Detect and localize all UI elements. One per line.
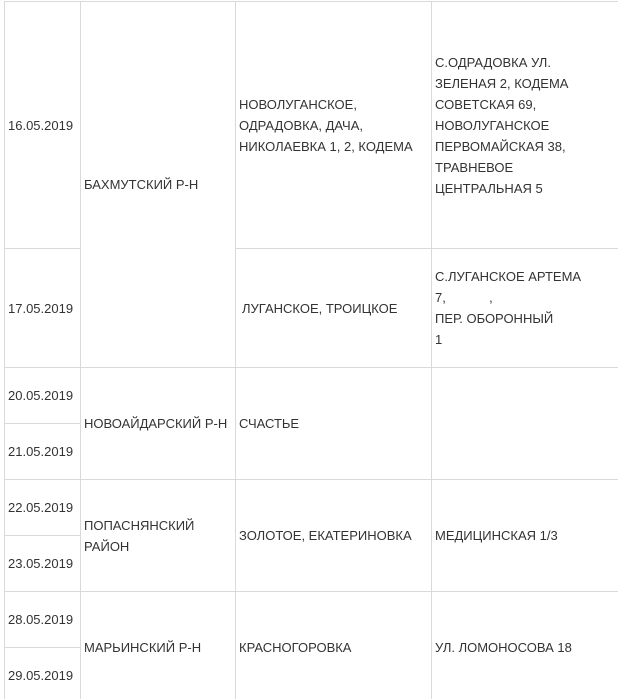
table-row: 20.05.2019 НОВОАЙДАРСКИЙ Р-Н СЧАСТЬЕ — [5, 368, 618, 424]
address-line: 1 — [435, 329, 618, 350]
address-cell: С.ЛУГАНСКОЕ АРТЕМА 7, , ПЕР. ОБОРОННЫЙ 1 — [432, 249, 618, 368]
date-cell: 23.05.2019 — [5, 536, 81, 592]
address-line: ПЕРВОМАЙСКАЯ 38, — [435, 136, 618, 157]
table-row: 28.05.2019 МАРЬИНСКИЙ Р-Н КРАСНОГОРОВКА … — [5, 592, 618, 648]
address-line: ПЕР. ОБОРОННЫЙ — [435, 308, 618, 329]
address-cell: МЕДИЦИНСКАЯ 1/3 — [432, 480, 618, 592]
settlements-cell: ЗОЛОТОЕ, ЕКАТЕРИНОВКА — [236, 480, 432, 592]
date-cell: 29.05.2019 — [5, 648, 81, 699]
table-row: 22.05.2019 ПОПАСНЯНСКИЙ РАЙОН ЗОЛОТОЕ, Е… — [5, 480, 618, 536]
date-cell: 22.05.2019 — [5, 480, 81, 536]
schedule-table: 16.05.2019 БАХМУТСКИЙ Р-Н НОВОЛУГАНСКОЕ,… — [4, 1, 618, 699]
settlements-cell: НОВОЛУГАНСКОЕ, ОДРАДОВКА, ДАЧА, НИКОЛАЕВ… — [236, 2, 432, 249]
address-line: СОВЕТСКАЯ 69, — [435, 94, 618, 115]
address-line: С.ОДРАДОВКА УЛ. — [435, 52, 618, 73]
district-cell: МАРЬИНСКИЙ Р-Н — [81, 592, 236, 699]
address-line: НОВОЛУГАНСКОЕ — [435, 115, 618, 136]
date-cell: 21.05.2019 — [5, 424, 81, 480]
address-line: С.ЛУГАНСКОЕ АРТЕМА — [435, 266, 618, 287]
address-cell: УЛ. ЛОМОНОСОВА 18 — [432, 592, 618, 699]
schedule-table-container: 16.05.2019 БАХМУТСКИЙ Р-Н НОВОЛУГАНСКОЕ,… — [4, 1, 618, 699]
address-line: ЦЕНТРАЛЬНАЯ 5 — [435, 178, 618, 199]
date-cell: 17.05.2019 — [5, 249, 81, 368]
address-cell — [432, 368, 618, 480]
address-line: ЗЕЛЕНАЯ 2, КОДЕМА — [435, 73, 618, 94]
date-cell: 28.05.2019 — [5, 592, 81, 648]
district-cell: ПОПАСНЯНСКИЙ РАЙОН — [81, 480, 236, 592]
date-cell: 20.05.2019 — [5, 368, 81, 424]
settlements-cell: КРАСНОГОРОВКА — [236, 592, 432, 699]
date-cell: 16.05.2019 — [5, 2, 81, 249]
address-cell: С.ОДРАДОВКА УЛ. ЗЕЛЕНАЯ 2, КОДЕМА СОВЕТС… — [432, 2, 618, 249]
district-cell: БАХМУТСКИЙ Р-Н — [81, 2, 236, 368]
address-line: 7, , — [435, 287, 618, 308]
district-cell: НОВОАЙДАРСКИЙ Р-Н — [81, 368, 236, 480]
settlements-cell: СЧАСТЬЕ — [236, 368, 432, 480]
table-row: 16.05.2019 БАХМУТСКИЙ Р-Н НОВОЛУГАНСКОЕ,… — [5, 2, 618, 249]
settlements-cell: ЛУГАНСКОЕ, ТРОИЦКОЕ — [236, 249, 432, 368]
address-line: ТРАВНЕВОЕ — [435, 157, 618, 178]
